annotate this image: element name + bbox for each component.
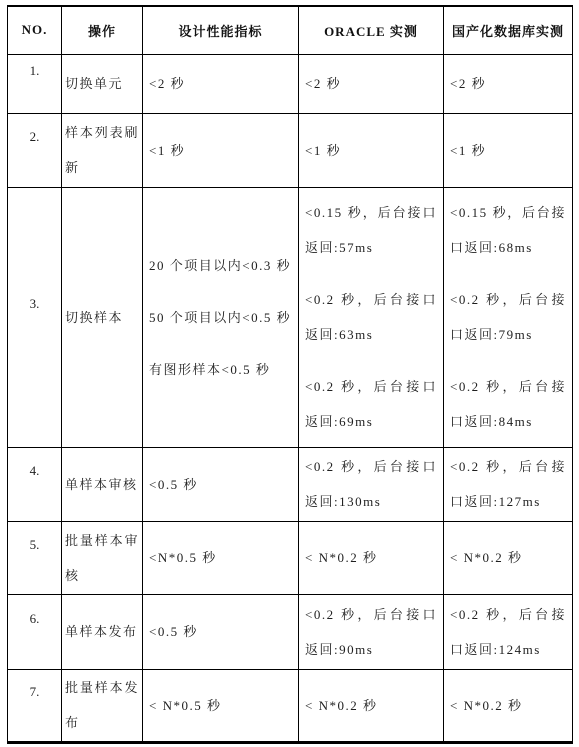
- table-row: 5. 批量样本审核 <N*0.5 秒 < N*0.2 秒 < N*0.2 秒: [8, 521, 573, 594]
- cell-domestic-measured: <2 秒: [444, 54, 573, 113]
- design-value: <0.5 秒: [149, 614, 292, 649]
- oracle-value: <0.2 秒，后台接口返回:69ms: [305, 369, 437, 439]
- operation-label: 切换单元: [65, 66, 139, 101]
- design-value: <2 秒: [149, 66, 292, 101]
- cell-domestic-measured: < N*0.2 秒: [444, 669, 573, 742]
- operation-label: 单样本发布: [65, 614, 139, 649]
- header-design-spec: 设计性能指标: [143, 6, 299, 54]
- row-number: 4.: [30, 463, 40, 478]
- table-row: 1. 切换单元 <2 秒 <2 秒 <2 秒: [8, 54, 573, 113]
- cell-oracle-measured: <2 秒: [299, 54, 444, 113]
- cell-operation: 样本列表刷新: [62, 113, 143, 187]
- table-row: 4. 单样本审核 <0.5 秒 <0.2 秒，后台接口返回:130ms <0.2…: [8, 447, 573, 521]
- table-row: 2. 样本列表刷新 <1 秒 <1 秒 <1 秒: [8, 113, 573, 187]
- cell-design-spec: 20 个项目以内<0.3 秒 50 个项目以内<0.5 秒 有图形样本<0.5 …: [143, 187, 299, 447]
- table-row: 7. 批量样本发布 < N*0.5 秒 < N*0.2 秒 < N*0.2 秒: [8, 669, 573, 742]
- table-header-row: NO. 操作 设计性能指标 ORACLE 实测 国产化数据库实测: [8, 6, 573, 54]
- cell-domestic-measured: <0.2 秒，后台接口返回:127ms: [444, 447, 573, 521]
- design-value: <0.5 秒: [149, 467, 292, 502]
- performance-table: NO. 操作 设计性能指标 ORACLE 实测 国产化数据库实测 1. 切换单元…: [7, 5, 573, 744]
- operation-label: 批量样本审核: [65, 523, 139, 593]
- cell-design-spec: <2 秒: [143, 54, 299, 113]
- table-row: 6. 单样本发布 <0.5 秒 <0.2 秒，后台接口返回:90ms <0.2 …: [8, 594, 573, 669]
- cell-no: 1.: [8, 54, 62, 113]
- cell-oracle-measured: <1 秒: [299, 113, 444, 187]
- row-number: 3.: [30, 296, 40, 311]
- domestic-value: <0.2 秒，后台接口返回:124ms: [450, 597, 566, 667]
- domestic-value: <2 秒: [450, 66, 566, 101]
- cell-design-spec: <1 秒: [143, 113, 299, 187]
- row-number: 6.: [30, 611, 40, 626]
- row-number: 5.: [30, 537, 40, 552]
- cell-oracle-measured: <0.2 秒，后台接口返回:90ms: [299, 594, 444, 669]
- domestic-value: < N*0.2 秒: [450, 540, 566, 575]
- design-value: 有图形样本<0.5 秒: [149, 352, 292, 387]
- header-operation: 操作: [62, 6, 143, 54]
- oracle-value: <0.2 秒，后台接口返回:130ms: [305, 449, 437, 519]
- design-value: <N*0.5 秒: [149, 540, 292, 575]
- header-domestic-db-measured: 国产化数据库实测: [444, 6, 573, 54]
- cell-operation: 批量样本发布: [62, 669, 143, 742]
- cell-no: 2.: [8, 113, 62, 187]
- cell-operation: 切换样本: [62, 187, 143, 447]
- design-value: <1 秒: [149, 133, 292, 168]
- cell-no: 7.: [8, 669, 62, 742]
- cell-no: 6.: [8, 594, 62, 669]
- row-number: 1.: [30, 63, 40, 78]
- cell-oracle-measured: <0.15 秒，后台接口返回:57ms <0.2 秒，后台接口返回:63ms <…: [299, 187, 444, 447]
- cell-oracle-measured: < N*0.2 秒: [299, 669, 444, 742]
- operation-label: 单样本审核: [65, 467, 139, 502]
- oracle-value: <0.2 秒，后台接口返回:63ms: [305, 282, 437, 352]
- cell-no: 5.: [8, 521, 62, 594]
- domestic-value: <0.2 秒，后台接口返回:84ms: [450, 369, 566, 439]
- domestic-value: <0.2 秒，后台接口返回:127ms: [450, 449, 566, 519]
- cell-domestic-measured: <0.15 秒，后台接口返回:68ms <0.2 秒，后台接口返回:79ms <…: [444, 187, 573, 447]
- cell-design-spec: <0.5 秒: [143, 594, 299, 669]
- operation-label: 样本列表刷新: [65, 115, 139, 185]
- cell-no: 3.: [8, 187, 62, 447]
- header-oracle-measured: ORACLE 实测: [299, 6, 444, 54]
- header-no: NO.: [8, 6, 62, 54]
- cell-operation: 单样本发布: [62, 594, 143, 669]
- operation-label: 批量样本发布: [65, 670, 139, 740]
- cell-domestic-measured: < N*0.2 秒: [444, 521, 573, 594]
- domestic-value: <1 秒: [450, 133, 566, 168]
- oracle-value: < N*0.2 秒: [305, 688, 437, 723]
- cell-oracle-measured: <0.2 秒，后台接口返回:130ms: [299, 447, 444, 521]
- table-row: 3. 切换样本 20 个项目以内<0.3 秒 50 个项目以内<0.5 秒 有图…: [8, 187, 573, 447]
- oracle-value: <1 秒: [305, 133, 437, 168]
- oracle-value: <0.2 秒，后台接口返回:90ms: [305, 597, 437, 667]
- cell-oracle-measured: < N*0.2 秒: [299, 521, 444, 594]
- design-value: 50 个项目以内<0.5 秒: [149, 300, 292, 335]
- document-page: NO. 操作 设计性能指标 ORACLE 实测 国产化数据库实测 1. 切换单元…: [0, 5, 579, 747]
- design-value: 20 个项目以内<0.3 秒: [149, 248, 292, 283]
- cell-operation: 单样本审核: [62, 447, 143, 521]
- cell-domestic-measured: <1 秒: [444, 113, 573, 187]
- oracle-value: < N*0.2 秒: [305, 540, 437, 575]
- domestic-value: < N*0.2 秒: [450, 688, 566, 723]
- domestic-value: <0.2 秒，后台接口返回:79ms: [450, 282, 566, 352]
- operation-label: 切换样本: [65, 300, 139, 335]
- row-number: 7.: [30, 684, 40, 699]
- oracle-value: <0.15 秒，后台接口返回:57ms: [305, 195, 437, 265]
- cell-no: 4.: [8, 447, 62, 521]
- cell-design-spec: <N*0.5 秒: [143, 521, 299, 594]
- domestic-value: <0.15 秒，后台接口返回:68ms: [450, 195, 566, 265]
- oracle-value: <2 秒: [305, 66, 437, 101]
- cell-design-spec: <0.5 秒: [143, 447, 299, 521]
- cell-domestic-measured: <0.2 秒，后台接口返回:124ms: [444, 594, 573, 669]
- cell-operation: 切换单元: [62, 54, 143, 113]
- row-number: 2.: [30, 129, 40, 144]
- design-value: < N*0.5 秒: [149, 688, 292, 723]
- cell-design-spec: < N*0.5 秒: [143, 669, 299, 742]
- cell-operation: 批量样本审核: [62, 521, 143, 594]
